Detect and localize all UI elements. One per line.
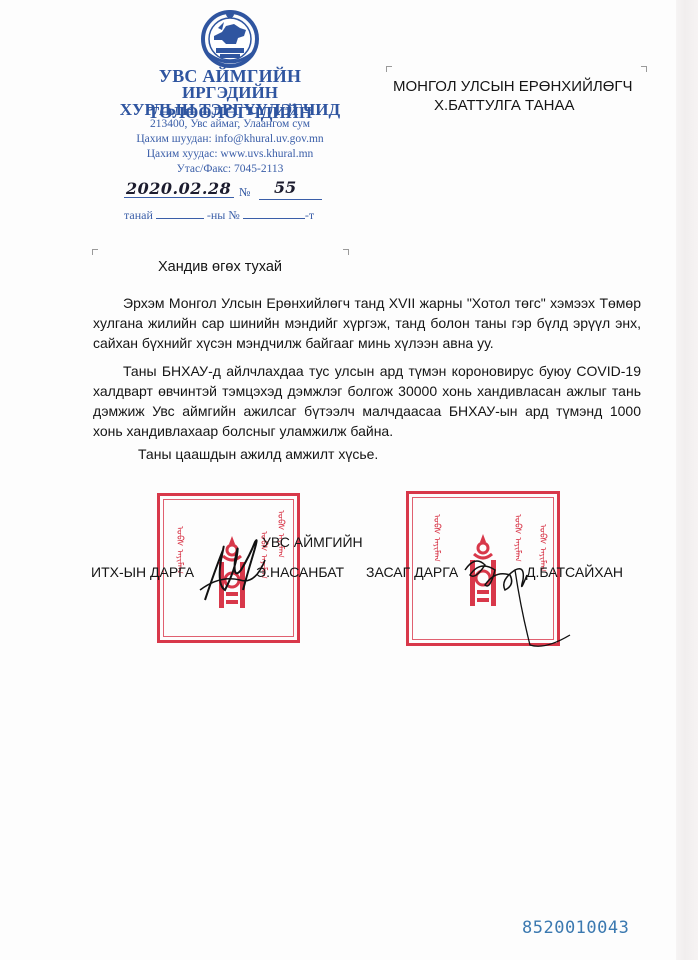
signature-2 [455, 550, 585, 660]
letter-subject: Хандив өгөх тухай [158, 259, 282, 275]
signature-1 [195, 530, 275, 610]
document-page: УВС АЙМГИЙН ИРГЭДИЙН ТӨЛӨӨЛӨГЧДИЙН ХУРЛЫ… [0, 0, 698, 960]
handwritten-date: 2020.02.28 [126, 179, 231, 198]
date-number-line: 2020.02.28 № 55 [124, 179, 324, 201]
recipient-line1: МОНГОЛ УЛСЫН ЕРӨНХИЙЛӨГЧ [393, 78, 632, 95]
handwritten-number: 55 [274, 178, 296, 197]
signer1-title: ИТХ-ЫН ДАРГА [91, 564, 194, 580]
subject-bracket-right [343, 249, 349, 255]
ref-blank-1 [156, 209, 204, 219]
org-address: 213400, Увс аймаг, Улаангом сум [100, 118, 360, 130]
number-label: № [239, 185, 250, 200]
ref-mid: -ны № [207, 208, 240, 222]
recipient-bracket-right [641, 66, 647, 72]
ref-blank-2 [243, 209, 305, 219]
recipient-line2: Х.БАТТУЛГА ТАНАА [434, 97, 575, 114]
ref-suffix: -т [305, 208, 314, 222]
body-paragraph-2: Таны БНХАУ-д айлчлахдаа тус улсын ард тү… [93, 361, 641, 441]
org-phone: Утас/Факс: 7045-2113 [100, 163, 360, 175]
body-paragraph-3: Таны цаашдын ажилд амжилт хүсье. [138, 444, 686, 464]
serial-number: 8520010043 [522, 918, 629, 938]
scan-edge [676, 0, 698, 960]
subject-bracket-left [92, 249, 98, 255]
date-underline [124, 197, 234, 198]
ref-prefix: танай [124, 208, 153, 222]
reference-line: танай -ны № -т [124, 208, 314, 223]
body-paragraph-1: Эрхэм Монгол Улсын Ерөнхийлөгч танд XVII… [93, 293, 641, 353]
org-website: Цахим хуудас: www.uvs.khural.mn [100, 148, 360, 160]
org-email: Цахим шуудан: info@khural.uv.gov.mn [100, 133, 360, 145]
state-emblem-icon [196, 8, 264, 70]
org-name-line3: ХУРЛЫН ТЭРГҮҮЛЭГЧИД [100, 100, 360, 120]
recipient-bracket-left [386, 66, 392, 72]
signer2-title: ЗАСАГ ДАРГА [366, 564, 458, 580]
signature-org: УВС АЙМГИЙН [262, 534, 363, 550]
number-underline [259, 199, 322, 200]
